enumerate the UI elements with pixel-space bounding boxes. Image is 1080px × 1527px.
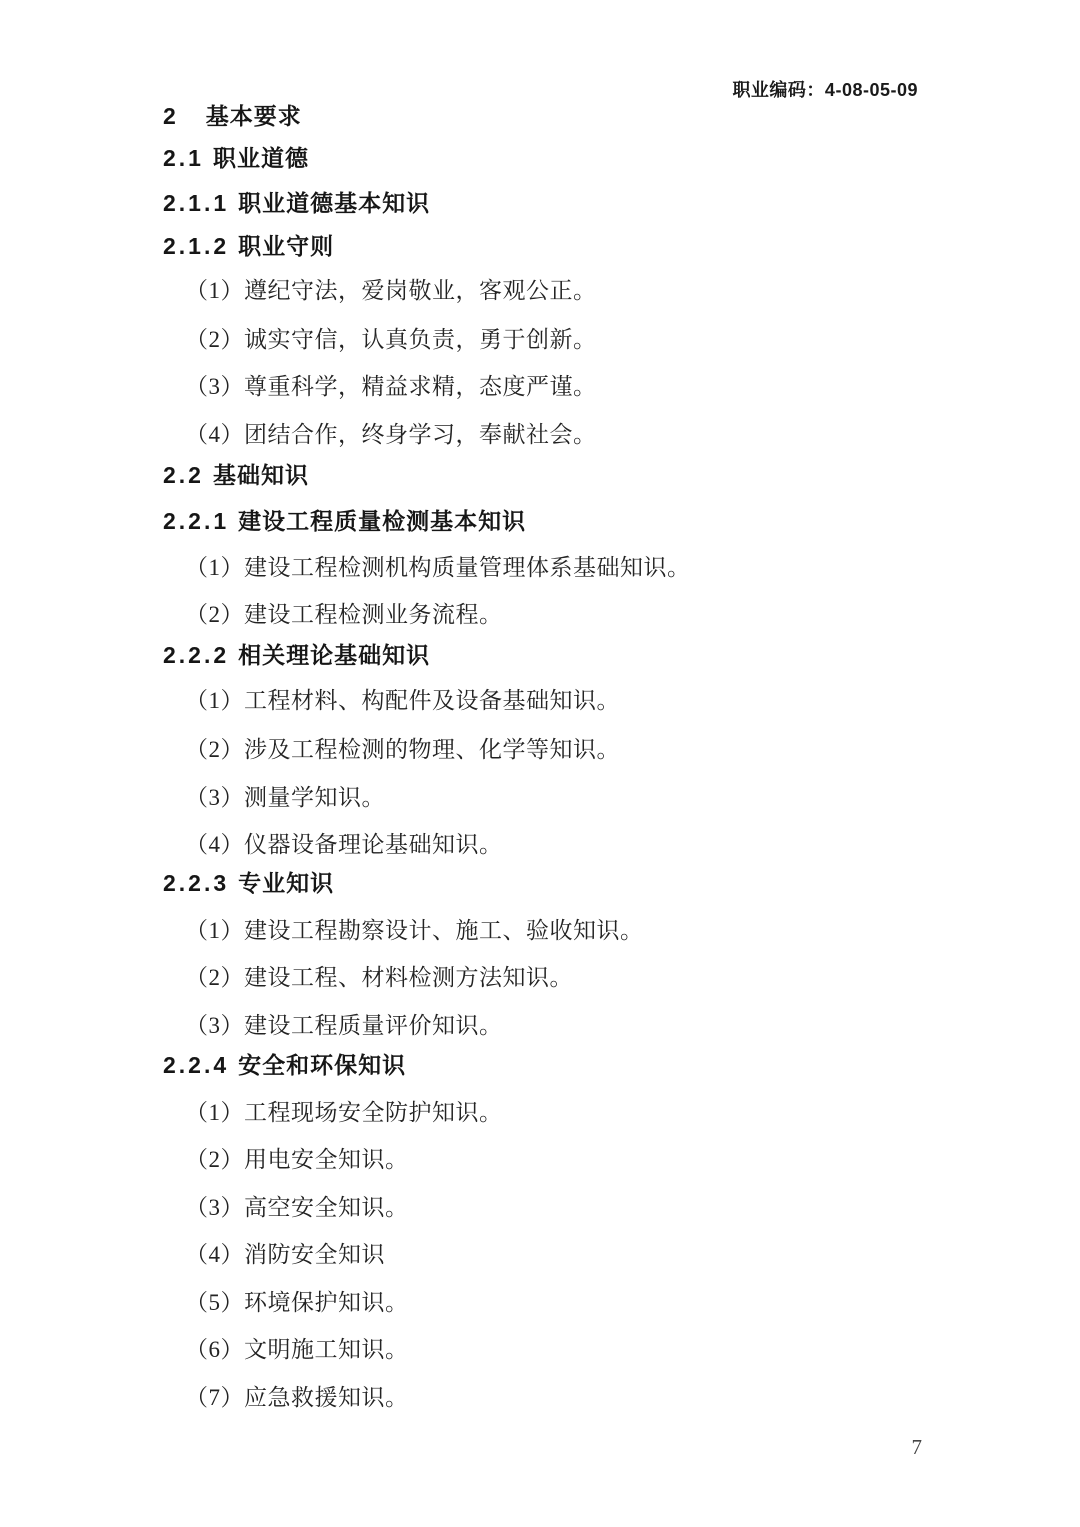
document-page: 职业编码：4-08-05-09 2基本要求2.1职业道德2.1.1职业道德基本知…	[0, 0, 1080, 1527]
section-heading-2-2-4: 2.2.4安全和环保知识	[163, 1052, 406, 1078]
list-item: （3）建设工程质量评价知识。	[185, 1013, 503, 1039]
list-item: （2）建设工程检测业务流程。	[185, 602, 503, 628]
heading-text: 基础知识	[213, 462, 309, 488]
heading-text: 职业道德	[213, 145, 309, 171]
heading-number: 2.2.4	[163, 1052, 229, 1078]
heading-number: 2.2.3	[163, 870, 229, 896]
heading-number: 2.2.1	[163, 508, 229, 534]
page-number: 7	[912, 1435, 923, 1460]
list-item: （3）高空安全知识。	[185, 1195, 409, 1221]
heading-number: 2	[163, 103, 179, 129]
list-item: （1）工程材料、构配件及设备基础知识。	[185, 688, 620, 714]
heading-text: 专业知识	[238, 870, 334, 896]
heading-number: 2.1.2	[163, 233, 229, 259]
list-item: （1）遵纪守法，爱岗敬业，客观公正。	[185, 278, 597, 304]
section-heading-2-2: 2.2基础知识	[163, 462, 309, 488]
section-heading-2-1-1: 2.1.1职业道德基本知识	[163, 190, 430, 216]
heading-text: 相关理论基础知识	[238, 642, 430, 668]
heading-number: 2.2.2	[163, 642, 229, 668]
section-heading-2-1-2: 2.1.2职业守则	[163, 233, 334, 259]
list-item: （5）环境保护知识。	[185, 1290, 409, 1316]
list-item: （1）建设工程勘察设计、施工、验收知识。	[185, 918, 644, 944]
list-item: （7）应急救援知识。	[185, 1385, 409, 1411]
list-item: （1）建设工程检测机构质量管理体系基础知识。	[185, 555, 691, 581]
list-item: （3）测量学知识。	[185, 785, 385, 811]
heading-text: 职业道德基本知识	[238, 190, 430, 216]
heading-number: 2.1.1	[163, 190, 229, 216]
section-heading-2: 2基本要求	[163, 103, 302, 129]
list-item: （2）涉及工程检测的物理、化学等知识。	[185, 737, 620, 763]
list-item: （2）建设工程、材料检测方法知识。	[185, 965, 573, 991]
occupation-code-header: 职业编码：4-08-05-09	[732, 76, 918, 102]
heading-text: 基本要求	[206, 103, 302, 129]
heading-number: 2.1	[163, 145, 204, 171]
section-heading-2-2-1: 2.2.1建设工程质量检测基本知识	[163, 508, 526, 534]
list-item: （4）仪器设备理论基础知识。	[185, 832, 503, 858]
heading-number: 2.2	[163, 462, 204, 488]
section-heading-2-2-2: 2.2.2相关理论基础知识	[163, 642, 430, 668]
heading-text: 建设工程质量检测基本知识	[238, 508, 526, 534]
section-heading-2-1: 2.1职业道德	[163, 145, 309, 171]
heading-text: 职业守则	[238, 233, 334, 259]
section-heading-2-2-3: 2.2.3专业知识	[163, 870, 334, 896]
list-item: （4）消防安全知识	[185, 1242, 385, 1268]
list-item: （6）文明施工知识。	[185, 1337, 409, 1363]
heading-text: 安全和环保知识	[238, 1052, 406, 1078]
list-item: （2）用电安全知识。	[185, 1147, 409, 1173]
list-item: （4）团结合作，终身学习，奉献社会。	[185, 422, 597, 448]
list-item: （1）工程现场安全防护知识。	[185, 1100, 503, 1126]
list-item: （2）诚实守信，认真负责，勇于创新。	[185, 327, 597, 353]
list-item: （3）尊重科学，精益求精，态度严谨。	[185, 374, 597, 400]
